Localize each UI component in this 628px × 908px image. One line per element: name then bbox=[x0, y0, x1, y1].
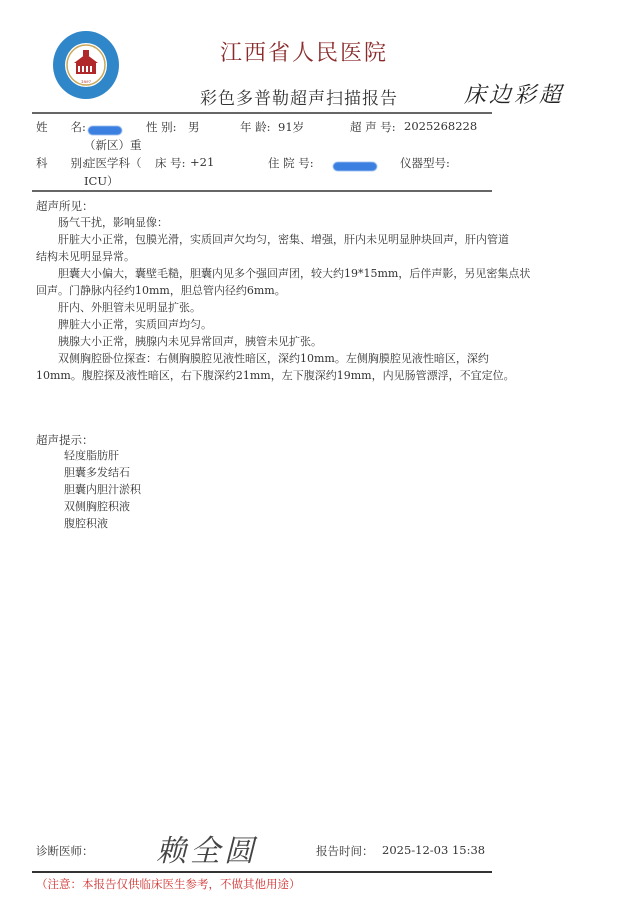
impression-item: 胆囊多发结石 bbox=[64, 464, 141, 481]
impression-item: 轻度脂肪肝 bbox=[64, 447, 141, 464]
impression-item: 双侧胸腔积液 bbox=[64, 498, 141, 515]
findings-body: 肠气干扰，影响显像： 肝脏大小正常，包膜光滑，实质回声欠均匀，密集、增强，肝内未… bbox=[36, 214, 530, 384]
name-label: 姓 名: bbox=[36, 119, 86, 135]
bed-value: +21 bbox=[190, 155, 214, 169]
info-divider bbox=[32, 190, 492, 192]
findings-line: 结构未见明显异常。 bbox=[36, 248, 530, 265]
dept-value: 症医学科（ bbox=[84, 155, 142, 171]
impression-heading: 超声提示： bbox=[36, 432, 94, 448]
svg-text:1897: 1897 bbox=[81, 79, 92, 84]
hospital-name: 江西省人民医院 bbox=[220, 36, 388, 67]
findings-heading: 超声所见： bbox=[36, 198, 94, 214]
age-label: 年 龄: bbox=[240, 119, 271, 135]
dept-label: 科 别: bbox=[36, 155, 86, 171]
doctor-label: 诊断医师： bbox=[36, 843, 94, 859]
hospital-emblem-icon: 1897 bbox=[52, 30, 120, 100]
impression-item: 胆囊内胆汁淤积 bbox=[64, 481, 141, 498]
device-model-label: 仪器型号: bbox=[400, 155, 450, 171]
exam-type-handwritten: 床边彩超 bbox=[464, 78, 564, 109]
doctor-signature: 赖全圆 bbox=[156, 826, 258, 870]
findings-line: 脾脏大小正常，实质回声均匀。 bbox=[36, 316, 530, 333]
report-title: 彩色多普勒超声扫描报告 bbox=[200, 84, 398, 109]
report-time-label: 报告时间： bbox=[316, 843, 374, 859]
dept-suffix: ICU） bbox=[84, 173, 119, 189]
findings-line: 肝内、外胆管未见明显扩张。 bbox=[36, 299, 530, 316]
gender-label: 性 别: bbox=[146, 119, 177, 135]
inpatient-no-value-redacted bbox=[333, 156, 377, 175]
ultrasound-no-value: 2025268228 bbox=[404, 119, 477, 133]
gender-value: 男 bbox=[188, 119, 200, 135]
findings-line: 胆囊大小偏大，囊壁毛糙，胆囊内见多个强回声团，较大约19*15mm，后伴声影，另… bbox=[36, 265, 530, 282]
findings-line: 10mm。腹腔探及液性暗区，右下腹深约21mm，左下腹深约19mm，内见肠管漂浮… bbox=[36, 367, 530, 384]
impression-item: 腹腔积液 bbox=[64, 515, 141, 532]
usage-notice: （注意：本报告仅供临床医生参考，不做其他用途） bbox=[36, 876, 301, 892]
inpatient-no-label: 住 院 号: bbox=[268, 155, 314, 171]
ultrasound-no-label: 超 声 号: bbox=[350, 119, 396, 135]
age-value: 91岁 bbox=[278, 119, 304, 135]
findings-line: 肝脏大小正常，包膜光滑，实质回声欠均匀，密集、增强，肝内未见明显肿块回声，肝内管… bbox=[36, 231, 530, 248]
findings-line: 胰腺大小正常，胰腺内未见异常回声，胰管未见扩张。 bbox=[36, 333, 530, 350]
report-time-value: 2025-12-03 15:38 bbox=[382, 843, 485, 857]
impression-list: 轻度脂肪肝 胆囊多发结石 胆囊内胆汁淤积 双侧胸腔积液 腹腔积液 bbox=[64, 447, 141, 532]
hospital-logo: 1897 bbox=[52, 30, 120, 100]
bed-label: 床 号: bbox=[155, 155, 186, 171]
dept-prefix: （新区）重 bbox=[84, 137, 142, 153]
findings-line: 双侧胸腔卧位探查：右侧胸膜腔见液性暗区，深约10mm。左侧胸膜腔见液性暗区，深约 bbox=[36, 350, 530, 367]
header-divider bbox=[32, 112, 492, 114]
findings-line: 肠气干扰，影响显像： bbox=[36, 214, 530, 231]
footer-divider bbox=[32, 871, 492, 873]
findings-line: 回声。门静脉内径约10mm，胆总管内径约6mm。 bbox=[36, 282, 530, 299]
